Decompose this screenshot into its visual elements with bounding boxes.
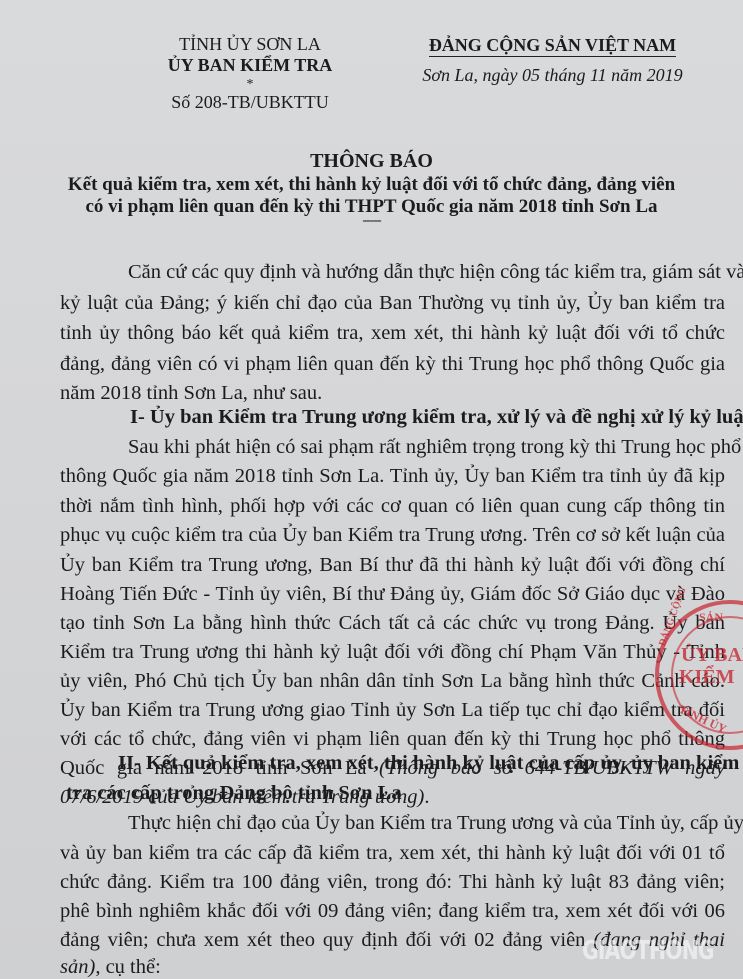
- section-1-line-end: .: [424, 786, 429, 808]
- place-date: Sơn La, ngày 05 tháng 11 năm 2019: [405, 65, 700, 86]
- party-name: ĐẢNG CỘNG SẢN VIỆT NAM: [405, 35, 700, 56]
- org-parent-name: TỈNH ỦY SƠN LA: [150, 34, 350, 55]
- star-mark: *: [150, 77, 350, 93]
- party-name-text: ĐẢNG CỘNG SẢN VIỆT NAM: [429, 35, 676, 57]
- publisher-watermark: GIAOTHÔNG: [582, 936, 714, 966]
- section-2-line-text: đảng viên; chưa xem xét theo quy định đố…: [60, 929, 593, 951]
- intro-line: Căn cứ các quy định và hướng dẫn thực hi…: [128, 262, 725, 283]
- section-1-line: thời nắm tình hình, phối hợp với các cơ …: [60, 496, 725, 517]
- section-1-line: phục vụ cuộc kiểm tra của Ủy ban Kiểm tr…: [60, 525, 725, 546]
- section-2-line: và ủy ban kiểm tra các cấp đã kiểm tra, …: [60, 843, 725, 864]
- section-2-line: sản), cụ thể:: [60, 957, 161, 978]
- section-1-line: thông Quốc gia năm 2018 tỉnh Sơn La. Tỉn…: [60, 466, 725, 487]
- section-2-line: chức đảng. Kiểm tra 100 đảng viên, trong…: [60, 872, 725, 893]
- intro-line: đảng, đảng viên có vi phạm liên quan đến…: [60, 354, 725, 375]
- title-separator: -----: [0, 213, 743, 229]
- section-2-line: phê bình nghiêm khắc đối với 09 đảng viê…: [60, 901, 725, 922]
- section-1-heading: I- Ủy ban Kiểm tra Trung ương kiểm tra, …: [130, 406, 743, 429]
- document-number: Số 208-TB/UBKTTU: [150, 92, 350, 113]
- section-2-line: Thực hiện chỉ đạo của Ủy ban Kiểm tra Tr…: [128, 813, 725, 834]
- section-2-heading-line-1: II- Kết quả kiểm tra, xem xét, thi hành …: [118, 752, 739, 775]
- section-1-line: với các tổ chức, đảng viên vi phạm liên …: [60, 729, 725, 750]
- section-1-line: tạo tỉnh Sơn La bằng hình thức Cách tất …: [60, 613, 725, 634]
- section-1-line: Kiểm tra Trung ương thi hành kỷ luật đối…: [60, 642, 725, 663]
- subject-line-1: Kết quả kiểm tra, xem xét, thi hành kỷ l…: [0, 174, 743, 196]
- section-1-line: Ủy ban Kiểm tra Trung ương giao Tỉnh ủy …: [60, 700, 725, 721]
- leave-note-cont: sản): [60, 956, 95, 978]
- section-1-line: ủy viên, Phó Chủ tịch Ủy ban nhân dân tỉ…: [60, 671, 725, 692]
- intro-line: kỷ luật của Đảng; ý kiến chỉ đạo của Ban…: [60, 293, 725, 314]
- intro-line: tỉnh ủy thông báo kết quả kiểm tra, xem …: [60, 323, 725, 344]
- org-name: ỦY BAN KIỂM TRA: [150, 55, 350, 76]
- section-2-heading-line-2: tra các cấp trong Đảng bộ tỉnh Sơn La: [66, 782, 402, 805]
- document-type: THÔNG BÁO: [0, 150, 743, 173]
- section-1-line: Sau khi phát hiện có sai phạm rất nghiêm…: [128, 437, 725, 458]
- section-1-line: Hoàng Tiến Đức - Tỉnh ủy viên, Bí thư Đả…: [60, 584, 725, 605]
- section-2-line-end: , cụ thể:: [95, 956, 160, 978]
- section-1-line: Ủy ban Kiểm tra Trung ương, Ban Bí thư đ…: [60, 555, 725, 576]
- intro-line: năm 2018 tỉnh Sơn La, như sau.: [60, 383, 322, 404]
